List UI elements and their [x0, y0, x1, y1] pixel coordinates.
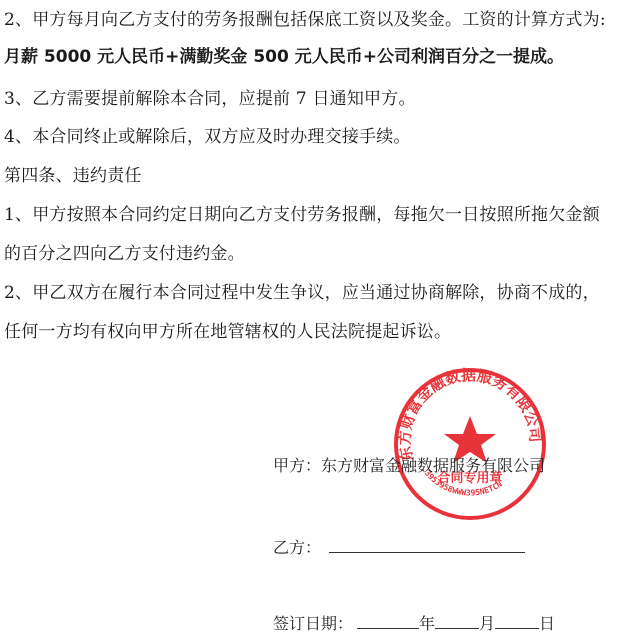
party-b-signature-line[interactable] [329, 536, 525, 553]
month-blank[interactable] [435, 612, 479, 629]
day-blank[interactable] [495, 612, 539, 629]
company-seal-stamp: 东方财富金融数据服务有限公司 合同专用章 3953958WWW395NETCN [392, 366, 548, 522]
liability-clause-2-line1: 2、甲乙双方在履行本合同过程中发生争议，应当通过协商解除，协商不成的， [4, 281, 600, 305]
year-label: 年 [419, 614, 435, 633]
seal-ring [396, 370, 544, 518]
party-a-label: 甲方： [273, 456, 321, 475]
signing-date: 签订日期：年月日 [273, 612, 555, 636]
clause-4-handover: 4、本合同终止或解除后，双方应及时办理交接手续。 [4, 125, 411, 149]
liability-clause-2-line2: 任何一方均有权向甲方所在地管辖权的人民法院提起诉讼。 [4, 320, 451, 344]
clause-2-payment: 2、甲方每月向乙方支付的劳务报酬包括保底工资以及奖金。工资的计算方式为: [4, 8, 606, 32]
party-a-signature: 甲方：东方财富金融数据服务有限公司 [273, 454, 545, 478]
seal-ring-text: 东方财富金融数据服务有限公司 [396, 366, 545, 463]
party-b-signature: 乙方： [273, 536, 525, 560]
party-a-name: 东方财富金融数据服务有限公司 [321, 456, 545, 475]
party-b-label: 乙方： [273, 538, 321, 557]
year-blank[interactable] [357, 612, 419, 629]
date-label: 签订日期： [273, 614, 353, 633]
salary-formula: 月薪 5000 元人民币+满勤奖金 500 元人民币+公司利润百分之一提成。 [4, 45, 564, 69]
liability-clause-1-line2: 的百分之四向乙方支付违约金。 [4, 242, 245, 266]
month-label: 月 [479, 614, 495, 633]
clause-3-termination-notice: 3、乙方需要提前解除本合同，应提前 7 日通知甲方。 [4, 87, 416, 111]
day-label: 日 [539, 614, 555, 633]
article-4-heading: 第四条、违约责任 [4, 164, 142, 188]
liability-clause-1-line1: 1、甲方按照本合同约定日期向乙方支付劳务报酬，每拖欠一日按照所拖欠金额 [4, 203, 600, 227]
